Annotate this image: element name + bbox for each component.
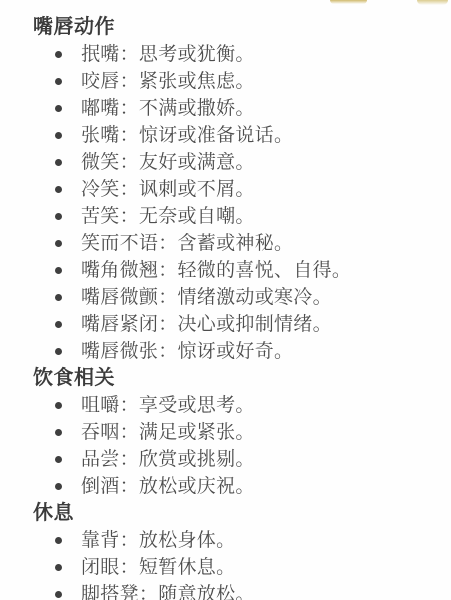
list-item: 笑而不语：含蓄或神秘。 [33,230,441,257]
list-item: 冷笑：讽刺或不屑。 [33,176,441,203]
list-item: 嘴唇微颤：情绪激动或寒冷。 [33,284,441,311]
list-item: 嘴角微翘：轻微的喜悦、自得。 [33,257,441,284]
bullet-icon [55,294,62,301]
item-text: 嘴唇微张：惊讶或好奇。 [81,338,293,365]
list-item: 微笑：友好或满意。 [33,149,441,176]
list-item: 脚搭凳：随意放松。 [33,581,441,600]
item-text: 苦笑：无奈或自嘲。 [81,203,255,230]
list-item: 抿嘴：思考或犹衡。 [33,41,441,68]
item-text: 靠背：放松身体。 [81,527,235,554]
bullet-icon [55,402,62,409]
item-text: 吞咽：满足或紧张。 [81,419,255,446]
list-item: 咀嚼：享受或思考。 [33,392,441,419]
item-text: 脚搭凳：随意放松。 [81,581,255,600]
item-text: 咬唇：紧张或焦虑。 [81,68,255,95]
bullet-icon [55,132,62,139]
list-item: 苦笑：无奈或自嘲。 [33,203,441,230]
bullet-icon [55,105,62,112]
item-text: 咀嚼：享受或思考。 [81,392,255,419]
list-item: 靠背：放松身体。 [33,527,441,554]
item-text: 抿嘴：思考或犹衡。 [81,41,255,68]
document-body: 嘴唇动作抿嘴：思考或犹衡。咬唇：紧张或焦虑。嘟嘴：不满或撒娇。张嘴：惊讶或准备说… [0,0,451,600]
item-text: 嘴唇紧闭：决心或抑制情绪。 [81,311,332,338]
bullet-list: 靠背：放松身体。闭眼：短暂休息。脚搭凳：随意放松。 [33,527,441,600]
item-text: 嘴唇微颤：情绪激动或寒冷。 [81,284,332,311]
item-text: 笑而不语：含蓄或神秘。 [81,230,293,257]
bullet-icon [55,429,62,436]
bullet-icon [55,159,62,166]
bullet-icon [55,348,62,355]
bullet-icon [55,564,62,571]
list-item: 品尝：欣赏或挑剔。 [33,446,441,473]
list-item: 嘴唇紧闭：决心或抑制情绪。 [33,311,441,338]
item-text: 品尝：欣赏或挑剔。 [81,446,255,473]
item-text: 微笑：友好或满意。 [81,149,255,176]
item-text: 闭眼：短暂休息。 [81,554,235,581]
bullet-icon [55,213,62,220]
item-text: 倒酒：放松或庆祝。 [81,473,255,500]
section-heading: 休息 [33,500,441,527]
list-item: 吞咽：满足或紧张。 [33,419,441,446]
item-text: 张嘴：惊讶或准备说话。 [81,122,293,149]
bullet-list: 咀嚼：享受或思考。吞咽：满足或紧张。品尝：欣赏或挑剔。倒酒：放松或庆祝。 [33,392,441,500]
bullet-icon [55,51,62,58]
item-text: 嘟嘴：不满或撒娇。 [81,95,255,122]
list-item: 嘴唇微张：惊讶或好奇。 [33,338,441,365]
list-item: 咬唇：紧张或焦虑。 [33,68,441,95]
bullet-icon [55,591,62,598]
list-item: 嘟嘴：不满或撒娇。 [33,95,441,122]
bullet-icon [55,321,62,328]
list-item: 闭眼：短暂休息。 [33,554,441,581]
bullet-icon [55,78,62,85]
bullet-icon [55,537,62,544]
list-item: 张嘴：惊讶或准备说话。 [33,122,441,149]
section-heading: 饮食相关 [33,365,441,392]
bullet-list: 抿嘴：思考或犹衡。咬唇：紧张或焦虑。嘟嘴：不满或撒娇。张嘴：惊讶或准备说话。微笑… [33,41,441,365]
item-text: 嘴角微翘：轻微的喜悦、自得。 [81,257,351,284]
section-heading: 嘴唇动作 [33,14,441,41]
bullet-icon [55,483,62,490]
list-item: 倒酒：放松或庆祝。 [33,473,441,500]
bullet-icon [55,456,62,463]
bullet-icon [55,267,62,274]
bullet-icon [55,240,62,247]
item-text: 冷笑：讽刺或不屑。 [81,176,255,203]
bullet-icon [55,186,62,193]
